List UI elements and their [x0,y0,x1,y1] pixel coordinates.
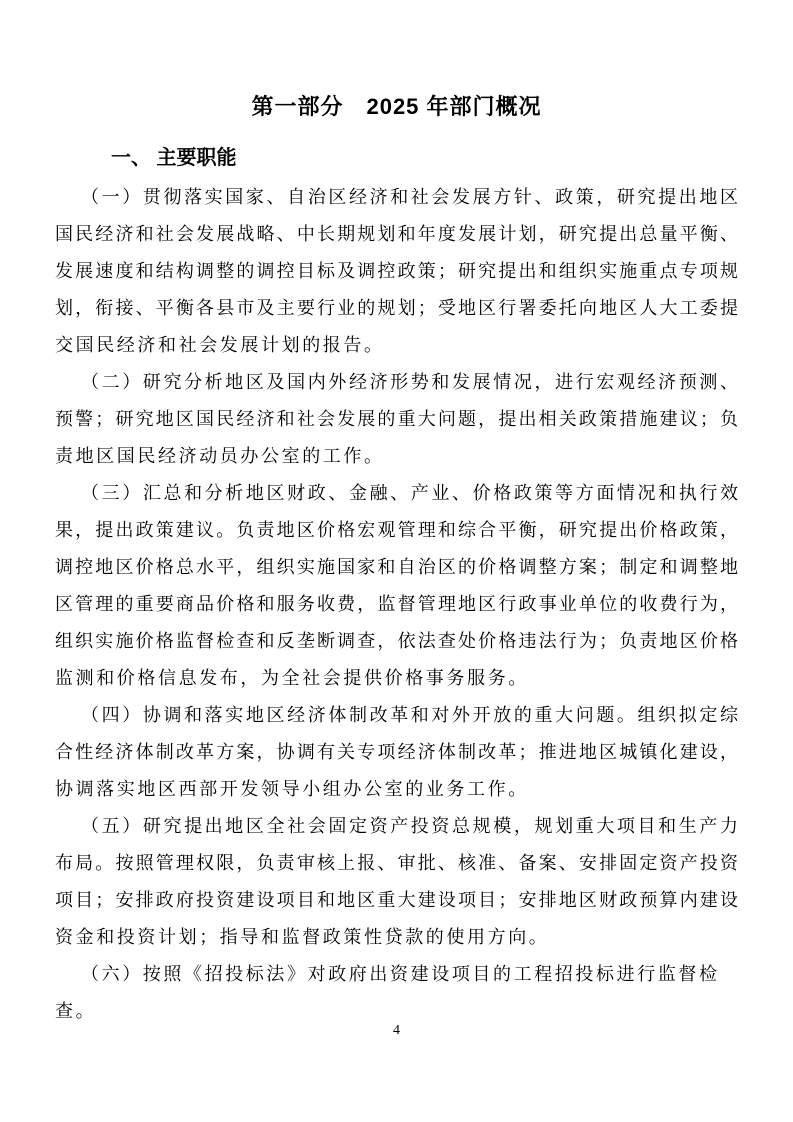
text-line: 交国民经济和社会发展计划的报告。 [55,327,738,364]
text-line: 区管理的重要商品价格和服务收费，监督管理地区行政事业单位的收费行为， [55,586,738,623]
text-line: 组织实施价格监督检查和反垄断调查，依法查处价格违法行为；负责地区价格 [55,623,738,660]
text-line: （五）研究提出地区全社会固定资产投资总规模，规划重大项目和生产力 [55,808,738,845]
text-line: （二）研究分析地区及国内外经济形势和发展情况，进行宏观经济预测、 [55,364,738,401]
text-line: 布局。按照管理权限，负责审核上报、审批、核准、备案、安排固定资产投资 [55,845,738,882]
text-line: 项目；安排政府投资建设项目和地区重大建设项目；安排地区财政预算内建设 [55,882,738,919]
paragraph: （六）按照《招投标法》对政府出资建设项目的工程招投标进行监督检查。 [55,956,738,1030]
paragraph: （三）汇总和分析地区财政、金融、产业、价格政策等方面情况和执行效 果，提出政策建… [55,475,738,697]
paragraph: （一）贯彻落实国家、自治区经济和社会发展方针、政策，研究提出地区 国民经济和社会… [55,179,738,364]
text-line: 预警；研究地区国民经济和社会发展的重大问题，提出相关政策措施建议；负 [55,401,738,438]
text-line: （三）汇总和分析地区财政、金融、产业、价格政策等方面情况和执行效 [55,475,738,512]
text-line: 划，衔接、平衡各县市及主要行业的规划；受地区行署委托向地区人大工委提 [55,290,738,327]
text-line: 协调落实地区西部开发领导小组办公室的业务工作。 [55,771,738,808]
text-line: （六）按照《招投标法》对政府出资建设项目的工程招投标进行监督检查。 [55,956,738,1030]
page-title: 第一部分 2025 年部门概况 [0,92,793,122]
text-line: 监测和价格信息发布，为全社会提供价格事务服务。 [55,660,738,697]
body-text: （一）贯彻落实国家、自治区经济和社会发展方针、政策，研究提出地区 国民经济和社会… [55,179,738,1030]
text-line: 国民经济和社会发展战略、中长期规划和年度发展计划，研究提出总量平衡、 [55,216,738,253]
text-line: 责地区国民经济动员办公室的工作。 [55,438,738,475]
paragraph: （二）研究分析地区及国内外经济形势和发展情况，进行宏观经济预测、 预警；研究地区… [55,364,738,475]
text-line: 果，提出政策建议。负责地区价格宏观管理和综合平衡，研究提出价格政策， [55,512,738,549]
document-page: 第一部分 2025 年部门概况 一、 主要职能 （一）贯彻落实国家、自治区经济和… [0,0,793,1122]
text-line: 调控地区价格总水平，组织实施国家和自治区的价格调整方案；制定和调整地 [55,549,738,586]
text-line: （四）协调和落实地区经济体制改革和对外开放的重大问题。组织拟定综 [55,697,738,734]
text-line: 合性经济体制改革方案，协调有关专项经济体制改革；推进地区城镇化建设， [55,734,738,771]
text-line: 资金和投资计划；指导和监督政策性贷款的使用方向。 [55,919,738,956]
paragraph: （五）研究提出地区全社会固定资产投资总规模，规划重大项目和生产力 布局。按照管理… [55,808,738,956]
section-heading: 一、 主要职能 [111,144,237,172]
paragraph: （四）协调和落实地区经济体制改革和对外开放的重大问题。组织拟定综 合性经济体制改… [55,697,738,808]
text-line: 发展速度和结构调整的调控目标及调控政策；研究提出和组织实施重点专项规 [55,253,738,290]
text-line: （一）贯彻落实国家、自治区经济和社会发展方针、政策，研究提出地区 [55,179,738,216]
page-number: 4 [0,1021,793,1041]
